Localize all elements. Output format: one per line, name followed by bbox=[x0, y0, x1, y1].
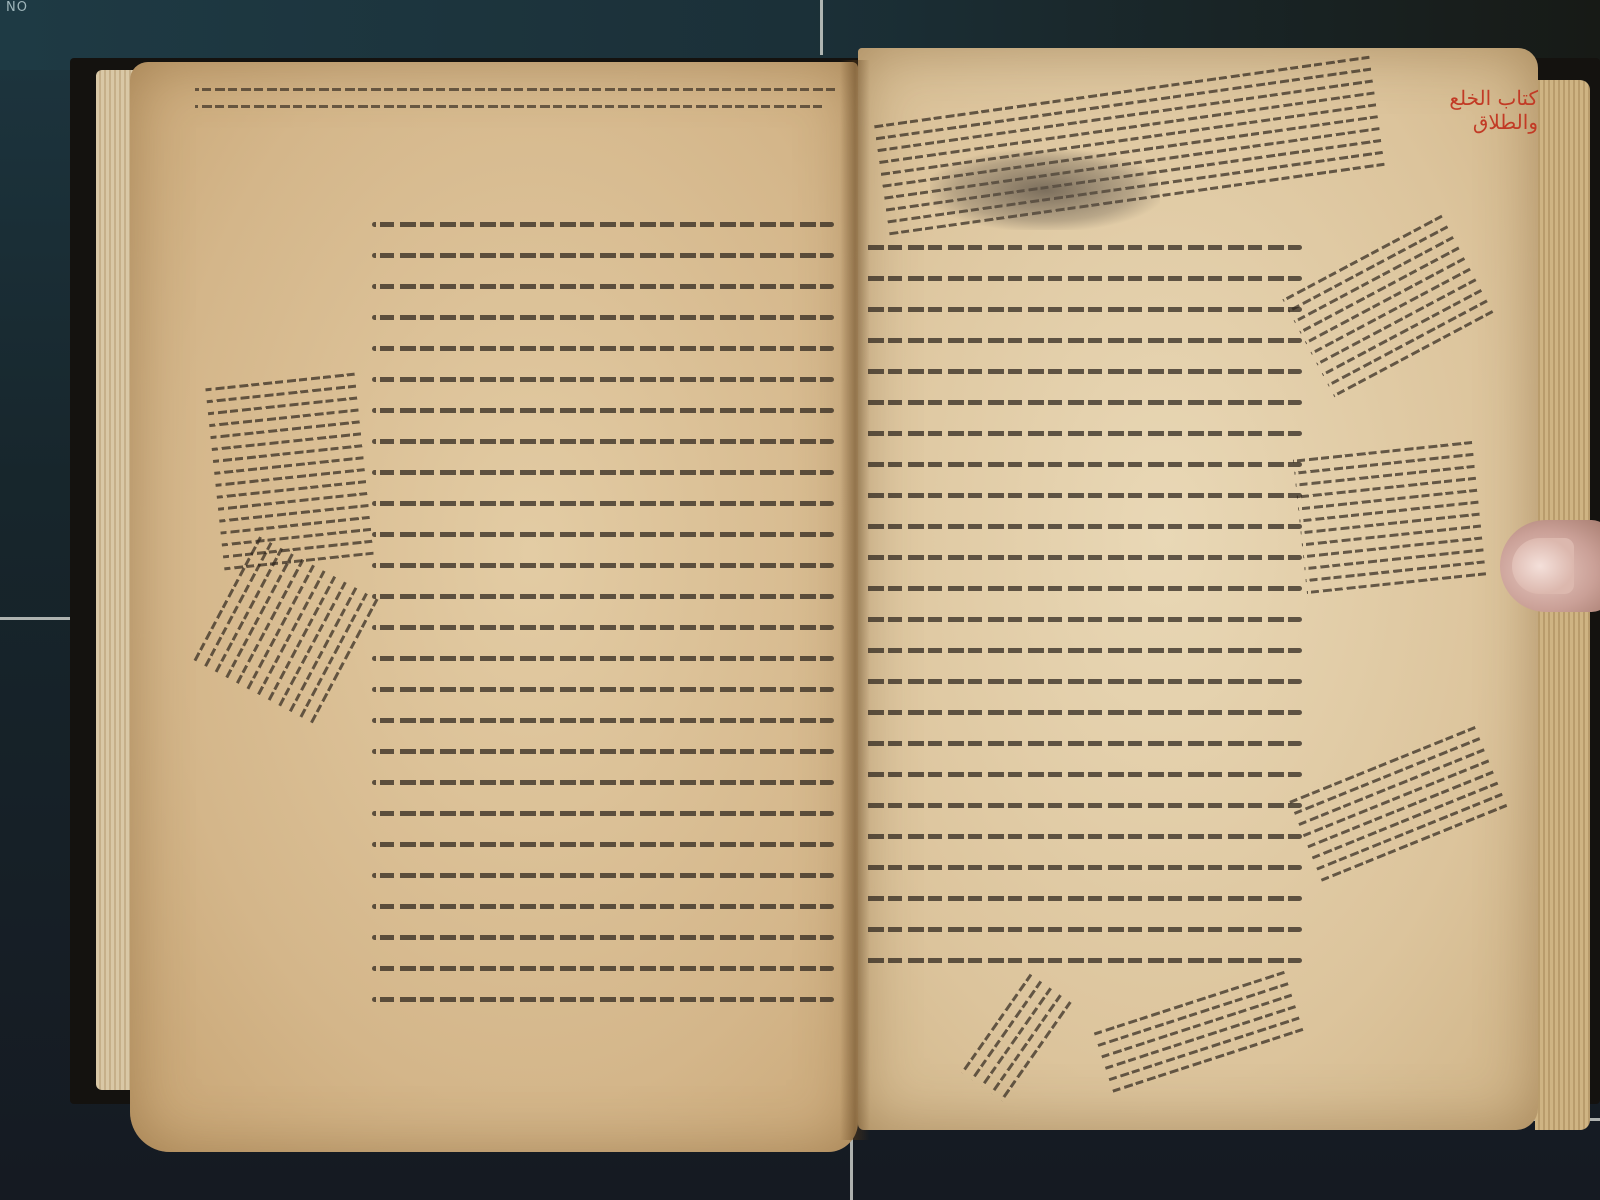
thumb bbox=[1500, 520, 1600, 612]
right-margin-note-2 bbox=[1293, 441, 1487, 603]
left-top-note bbox=[195, 88, 835, 122]
grid-line bbox=[820, 0, 823, 55]
thumbnail-nail bbox=[1512, 538, 1574, 594]
grid-line bbox=[0, 617, 75, 620]
chapter-heading: كتاب الخلع والطلاق bbox=[1398, 86, 1538, 134]
ink-smudge bbox=[930, 150, 1160, 230]
left-margin-note bbox=[205, 373, 374, 580]
right-main-text bbox=[862, 245, 1302, 989]
corner-label: NO bbox=[6, 0, 28, 15]
left-main-text bbox=[372, 222, 834, 1028]
